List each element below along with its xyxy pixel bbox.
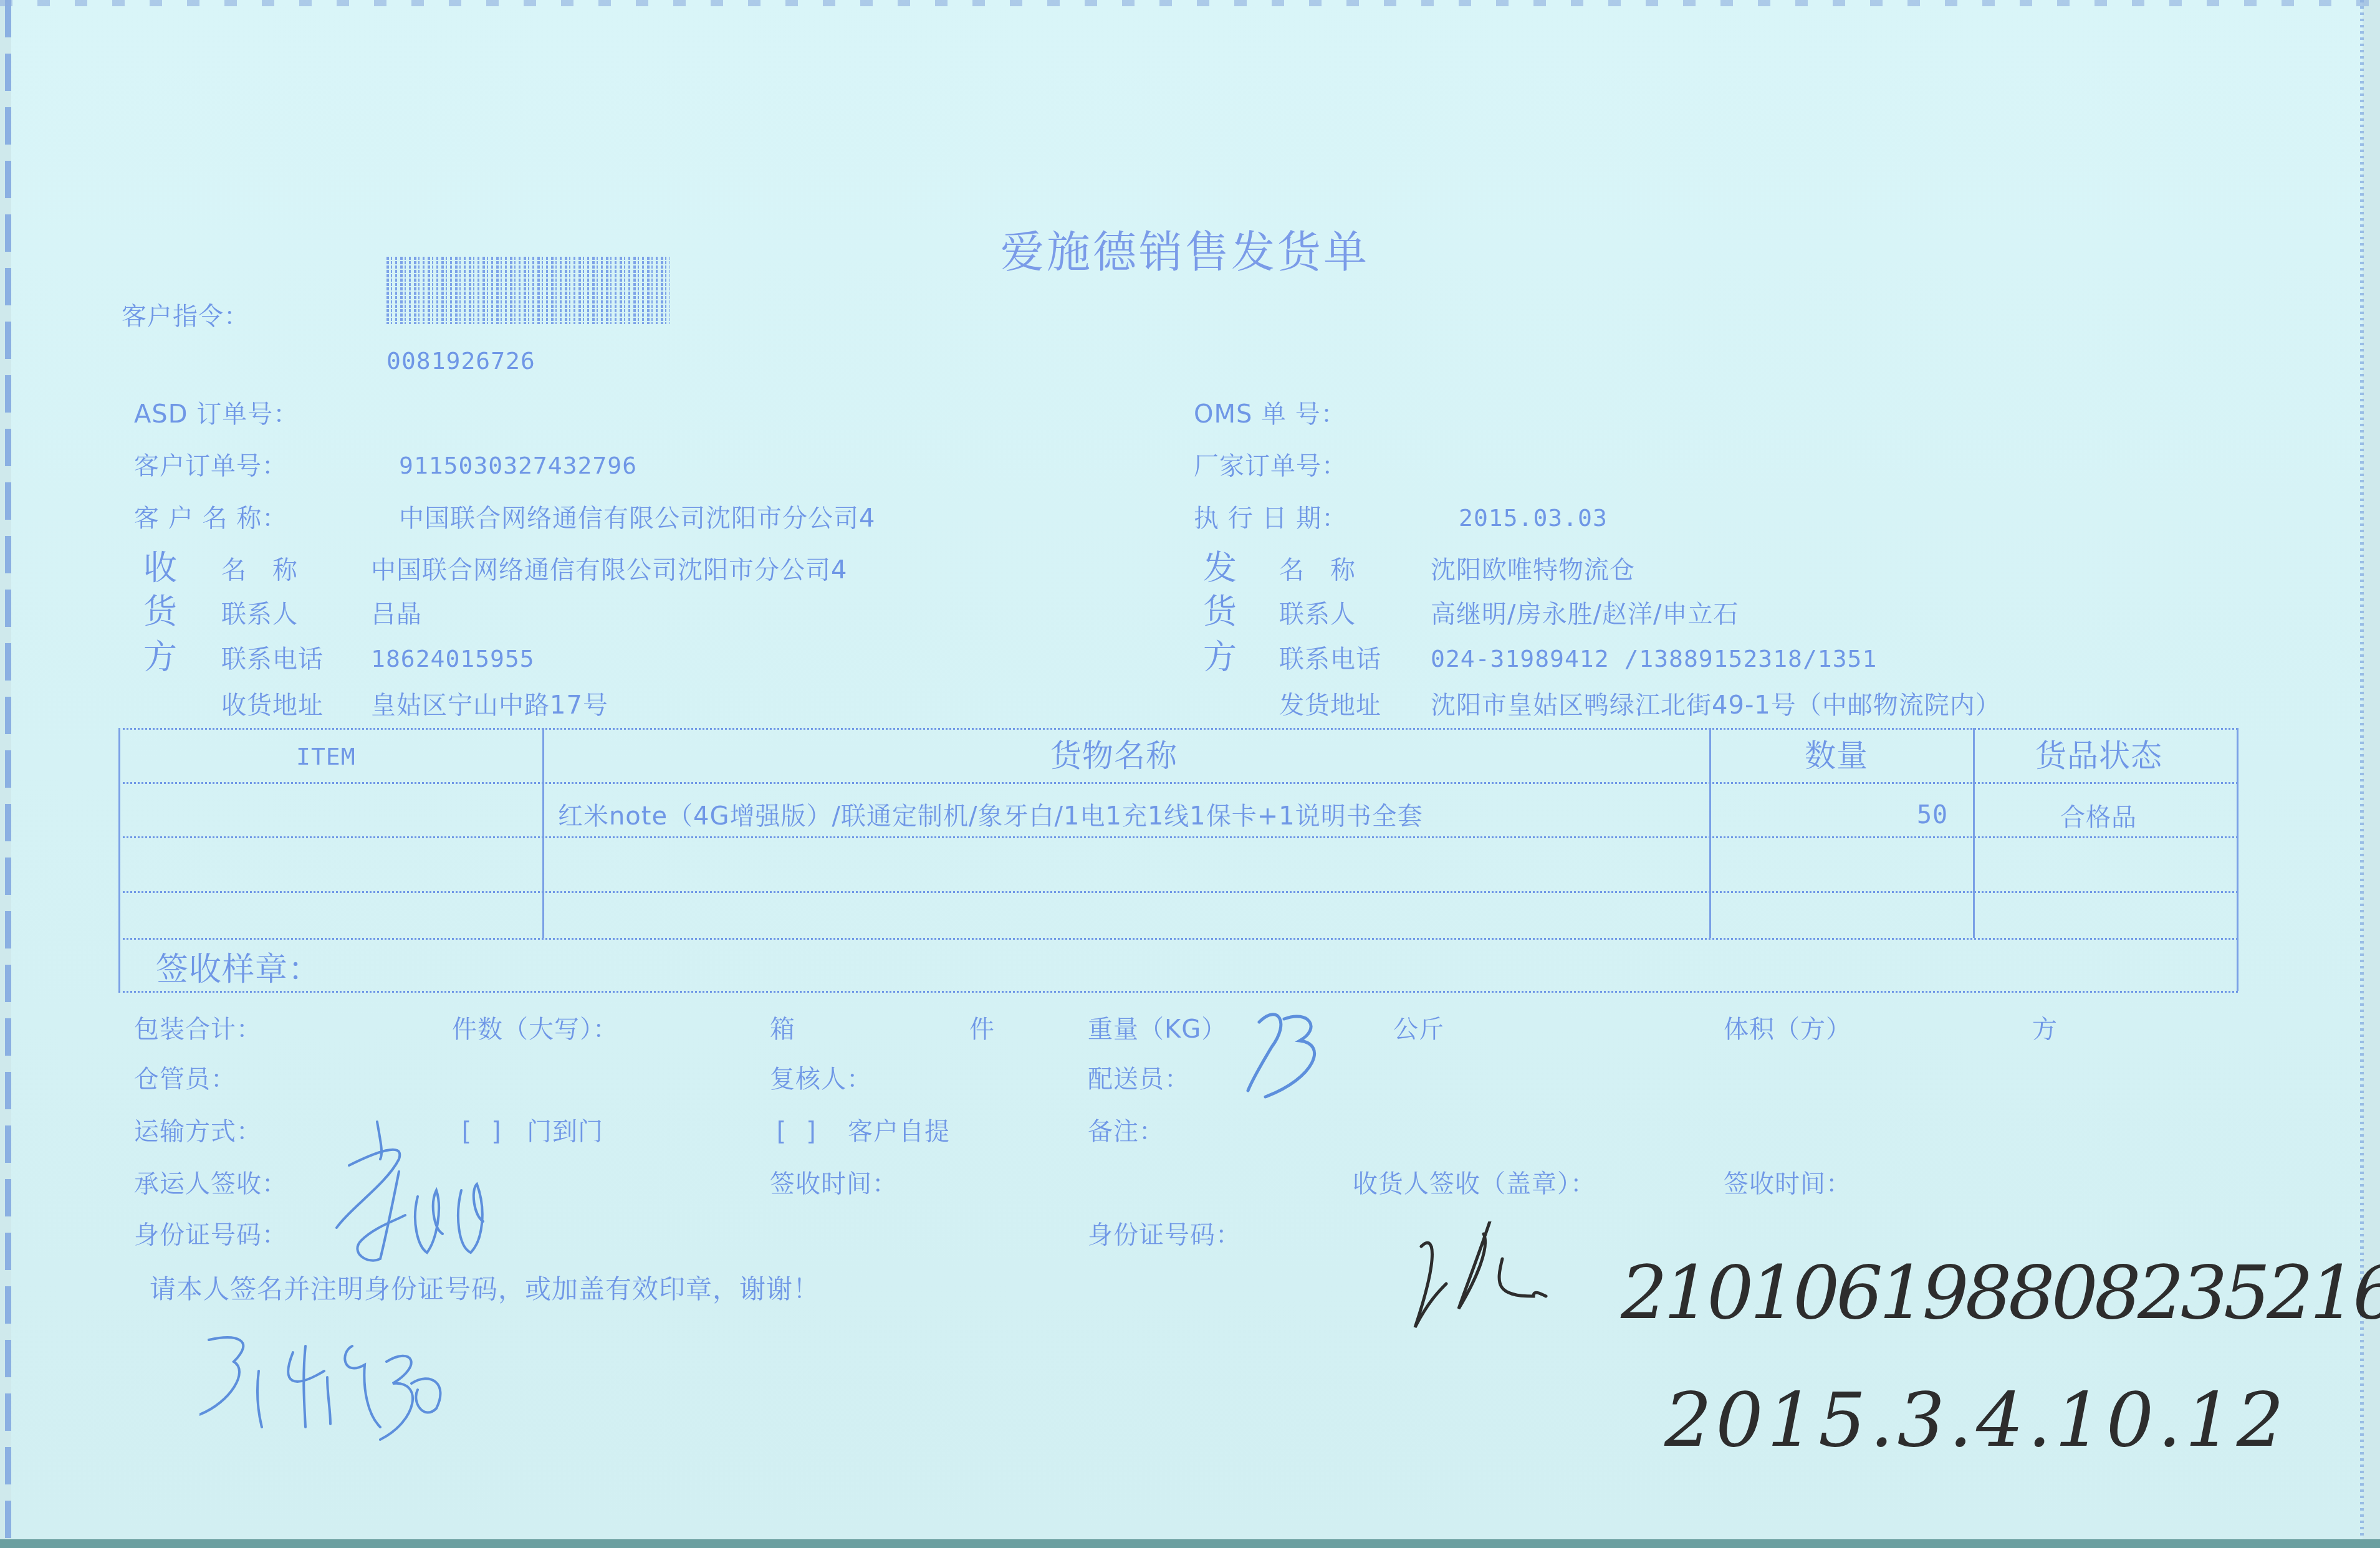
exec-date-value: 2015.03.03 <box>1459 506 1608 530</box>
volume-unit: 方 <box>2032 1017 2058 1042</box>
signing-seal-label: 签收样章： <box>156 953 321 986</box>
volume-label: 体积（方） <box>1724 1017 1851 1042</box>
table-border-right <box>2237 728 2238 991</box>
warehouse-keeper-label: 仓管员： <box>134 1067 236 1092</box>
receiver-contact-label: 联系人 <box>221 602 298 627</box>
receiver-contact-value: 吕晶 <box>371 602 422 627</box>
table-border-bottom <box>118 991 2238 993</box>
carrier-sign-time-label: 签收时间： <box>770 1172 898 1197</box>
carrier-signature <box>324 1116 511 1278</box>
receiver-name-value: 中国联合网络通信有限公司沈阳市分公司4 <box>371 558 847 583</box>
table-col-divider <box>1709 728 1711 938</box>
consignee-handwritten-time: 2015.3.4.10.12 <box>1664 1383 2288 1458</box>
consignee-signature <box>1409 1221 1608 1340</box>
carrier-sign-label: 承运人签收： <box>134 1172 287 1197</box>
barcode-icon <box>386 257 670 324</box>
table-header-quantity: 数量 <box>1805 740 1868 772</box>
box-unit-label: 箱 <box>770 1017 795 1042</box>
receiver-side-char-2: 货 <box>143 595 178 629</box>
consignee-id-label: 身份证号码： <box>1088 1223 1241 1248</box>
shipper-contact-value: 高继明/房永胜/赵洋/申立石 <box>1431 602 1739 627</box>
receiver-side-char-1: 收 <box>143 552 178 585</box>
handwritten-weight-value <box>1240 1003 1365 1103</box>
carrier-handwritten-time <box>199 1334 474 1458</box>
door-to-door-label: 门到门 <box>527 1119 603 1144</box>
table-cell-quantity: 50 <box>1917 803 1948 828</box>
customer-order-value: 911503032743279​6 <box>399 454 637 477</box>
factory-order-label: 厂家订单号： <box>1194 454 1347 479</box>
customer-order-label: 客户订单号： <box>134 454 287 479</box>
shipper-name-value: 沈阳欧唯特物流仓 <box>1431 558 1635 583</box>
package-total-label: 包装合计： <box>134 1017 262 1042</box>
consignee-sign-time-label: 签收时间： <box>1724 1172 1851 1197</box>
weight-unit: 公斤 <box>1393 1017 1444 1042</box>
table-col-divider <box>1973 728 1975 938</box>
left-perforation <box>5 0 11 1539</box>
consignee-id-number: 210106198808235216 <box>1621 1256 2380 1329</box>
deliverer-label: 配送员： <box>1088 1067 1190 1092</box>
table-cell-goods-name: 红米note（4G增强版）/联通定制机/象牙白/1电1充1线1保卡+1说明书全套 <box>558 804 1423 829</box>
table-col-divider <box>542 728 544 938</box>
table-header-item: ITEM <box>296 745 356 768</box>
receiver-address-label: 收货地址 <box>221 693 324 718</box>
receiver-phone-value: 18624015955 <box>371 647 535 671</box>
table-header-divider <box>118 782 2238 784</box>
piece-unit-label: 件 <box>969 1017 995 1042</box>
receiver-address-value: 皇姑区宁山中路17号 <box>371 693 608 718</box>
bottom-edge <box>0 1539 2380 1548</box>
table-border-top <box>118 728 2238 730</box>
document-title: 爱施德销售发货单 <box>1000 231 1370 274</box>
receiver-phone-label: 联系电话 <box>221 647 324 672</box>
shipper-phone-value: 024-31989412 /13889152318/1351 <box>1431 647 1877 671</box>
table-row-divider <box>118 891 2238 893</box>
table-header-goods-name: 货物名称 <box>1050 740 1178 772</box>
reviewer-label: 复核人： <box>770 1067 872 1092</box>
customer-name-value: 中国联合网络通信有限公司沈阳市分公司4 <box>399 506 875 531</box>
asd-order-label: ASD 订单号： <box>134 402 299 427</box>
shipper-address-label: 发货地址 <box>1279 693 1381 718</box>
shipper-contact-label: 联系人 <box>1279 602 1356 627</box>
transport-method-label: 运输方式： <box>134 1119 262 1144</box>
customer-instruction-label: 客户指令： <box>122 304 249 329</box>
remarks-label: 备注： <box>1088 1119 1164 1144</box>
table-row-divider <box>118 938 2238 940</box>
carrier-id-label: 身份证号码： <box>134 1223 287 1248</box>
shipper-phone-label: 联系电话 <box>1279 647 1381 672</box>
shipper-side-char-3: 方 <box>1203 641 1237 674</box>
shipper-name-label: 名 称 <box>1279 558 1356 583</box>
top-edge <box>0 0 2380 6</box>
shipper-address-value: 沈阳市皇姑区鸭绿江北街49-1号（中邮物流院内） <box>1431 693 2001 718</box>
exec-date-label: 执 行 日 期： <box>1194 506 1347 531</box>
table-cell-status: 合格品 <box>2060 805 2137 830</box>
weight-label: 重量（KG） <box>1088 1017 1227 1042</box>
table-header-status: 货品状态 <box>2035 740 2162 772</box>
customer-instruction-number: 0081926726 <box>386 349 535 373</box>
receiver-side-char-3: 方 <box>143 641 178 674</box>
shipper-side-char-1: 发 <box>1203 552 1237 585</box>
customer-pickup-label: 客户自提 <box>848 1119 950 1144</box>
customer-pickup-checkbox[interactable]: [ ] <box>773 1119 820 1144</box>
shipper-side-char-2: 货 <box>1203 595 1237 629</box>
pieces-upper-label: 件数（大写）： <box>452 1017 618 1042</box>
table-border-left <box>118 728 120 991</box>
consignee-sign-label: 收货人签收（盖章）： <box>1353 1172 1596 1197</box>
customer-name-label: 客 户 名 称： <box>134 506 287 531</box>
oms-order-label: OMS 单 号： <box>1194 402 1346 427</box>
receiver-name-label: 名 称 <box>221 558 298 583</box>
table-row-divider <box>118 836 2238 838</box>
signature-notice: 请本人签名并注明身份证号码，或加盖有效印章，谢谢！ <box>150 1276 820 1302</box>
